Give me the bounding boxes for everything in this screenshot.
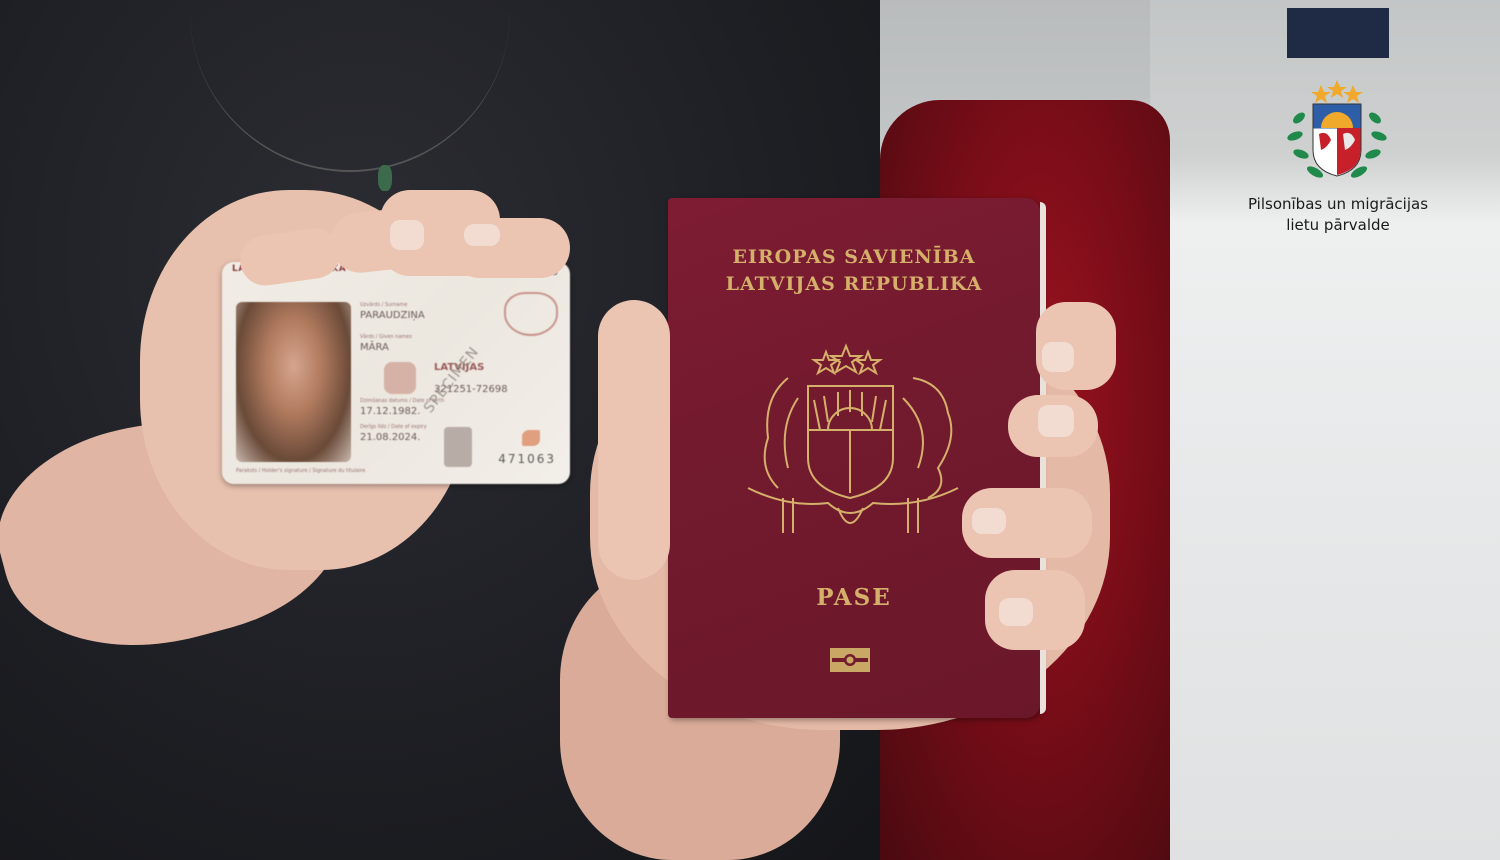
id-card-secondary-photo <box>444 427 472 467</box>
id-card-crest-icon <box>504 292 558 336</box>
passport-title-country: LATVIJAS REPUBLIKA <box>668 273 1040 295</box>
specimen-watermark: SPECIMEN <box>421 344 483 416</box>
biometric-chip-icon <box>830 648 870 672</box>
id-card-surname: PARAUDZIŅA <box>360 310 425 321</box>
agency-name: Pilsonības un migrācijas lietu pārvalde <box>1218 194 1458 236</box>
surname-label: Uzvārds / Surname <box>360 302 407 308</box>
latvia-coat-of-arms-icon <box>1285 78 1389 184</box>
id-card-date-of-birth: 17.12.1982. <box>360 406 420 417</box>
expiry-label: Derīgs līdz / Date of expiry <box>360 424 427 430</box>
latvian-id-card: LATVIJAS REPUBLIKA 9921455 Uzvārds / Sur… <box>222 262 570 484</box>
thumb <box>598 300 670 580</box>
id-card-given-name: MĀRA <box>360 342 389 353</box>
agency-name-line1: Pilsonības un migrācijas <box>1218 194 1458 215</box>
latvian-passport: EIROPAS SAVIENĪBA LATVIJAS REPUBLIKA PAS… <box>668 198 1040 718</box>
id-card-photo <box>236 302 351 462</box>
id-card-signature-label: Paraksts / Holder's signature / Signatur… <box>236 468 365 474</box>
necklace-pendant <box>378 165 392 191</box>
finger <box>1036 302 1116 390</box>
finger <box>985 570 1085 650</box>
agency-name-line2: lietu pārvalde <box>1218 215 1458 236</box>
finger <box>450 218 570 278</box>
brand-rectangle <box>1287 8 1389 58</box>
finger <box>962 488 1092 558</box>
passport-title-eu: EIROPAS SAVIENĪBA <box>668 246 1040 268</box>
id-card-date-of-expiry: 21.08.2024. <box>360 432 420 443</box>
oak-leaf-icon <box>522 430 540 446</box>
finger <box>1008 395 1098 457</box>
coat-of-arms-icon <box>728 338 978 538</box>
id-card-can-number: 471063 <box>498 452 556 466</box>
given-name-label: Vārds / Given names <box>360 334 412 340</box>
id-card-ghost-image <box>384 362 416 394</box>
